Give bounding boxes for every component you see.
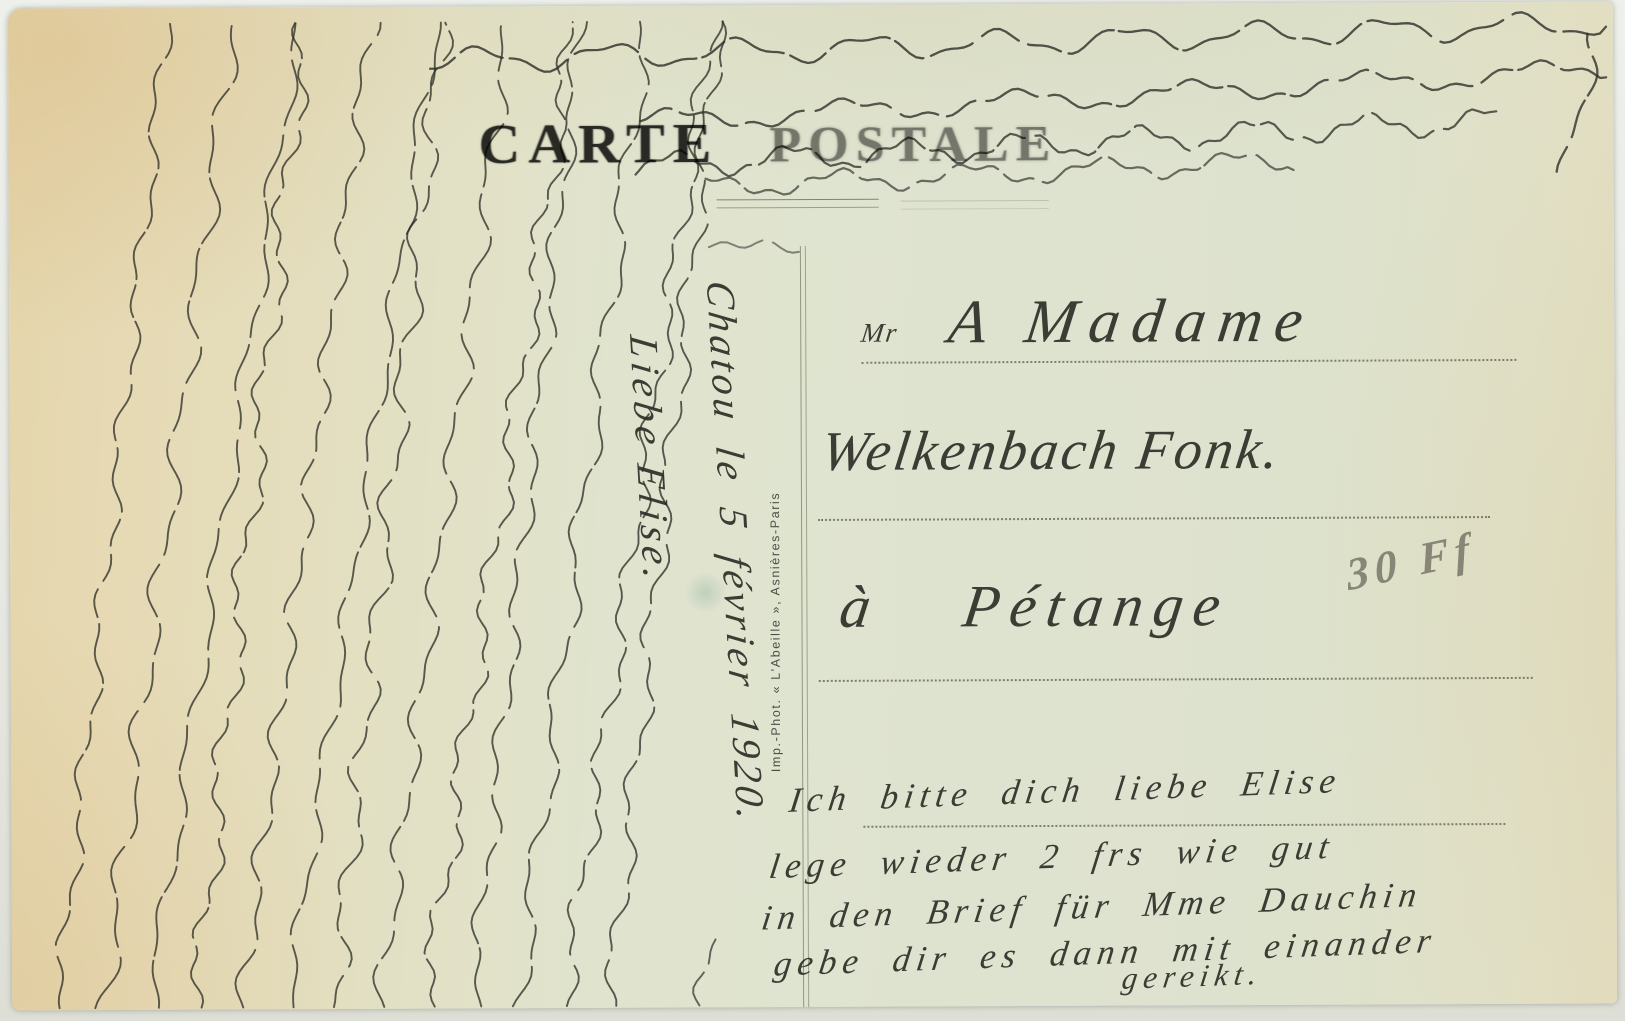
message-dotted-line — [863, 823, 1505, 828]
handwritten-salutation: Liebe Elise. — [620, 333, 682, 587]
address-dotted-line-1 — [861, 359, 1516, 364]
address-line-2: Welkenbach Fonk. — [817, 418, 1285, 484]
message-line-1: Ich bitte dich liebe Elise — [787, 761, 1344, 821]
stamp-underline-flourish — [717, 199, 879, 209]
pencil-note: 30 Ff — [1344, 521, 1478, 601]
stamp-word-carte: CARTE — [478, 110, 719, 176]
center-divider-line — [800, 246, 809, 1008]
stamp-word-postale: POSTALE — [769, 116, 1057, 174]
message-line-5: gereikt. — [1120, 956, 1266, 997]
address-prefix: Mr — [859, 318, 900, 349]
address-dotted-line-2 — [818, 516, 1490, 521]
address-dotted-line-3 — [819, 677, 1533, 682]
stamp-underline-flourish-2 — [901, 200, 1049, 210]
postcard: CARTE POSTALE Imp.-Phot. « L'Abeille », … — [8, 2, 1617, 1011]
printer-imprint-text: Imp.-Phot. « L'Abeille », Asnières-Paris — [767, 242, 783, 772]
address-line-3: à Pétange — [836, 571, 1235, 642]
screenshot-root: { "postcard": { "stamp_title": { "word1"… — [0, 0, 1625, 1021]
address-line-1: A Madame — [944, 286, 1319, 359]
message-line-2: lege wieder 2 frs wie gut — [767, 827, 1337, 887]
stamp-title: CARTE POSTALE — [478, 109, 1057, 177]
handwritten-dateline: Chatou le 5 février 1920. — [697, 279, 775, 827]
